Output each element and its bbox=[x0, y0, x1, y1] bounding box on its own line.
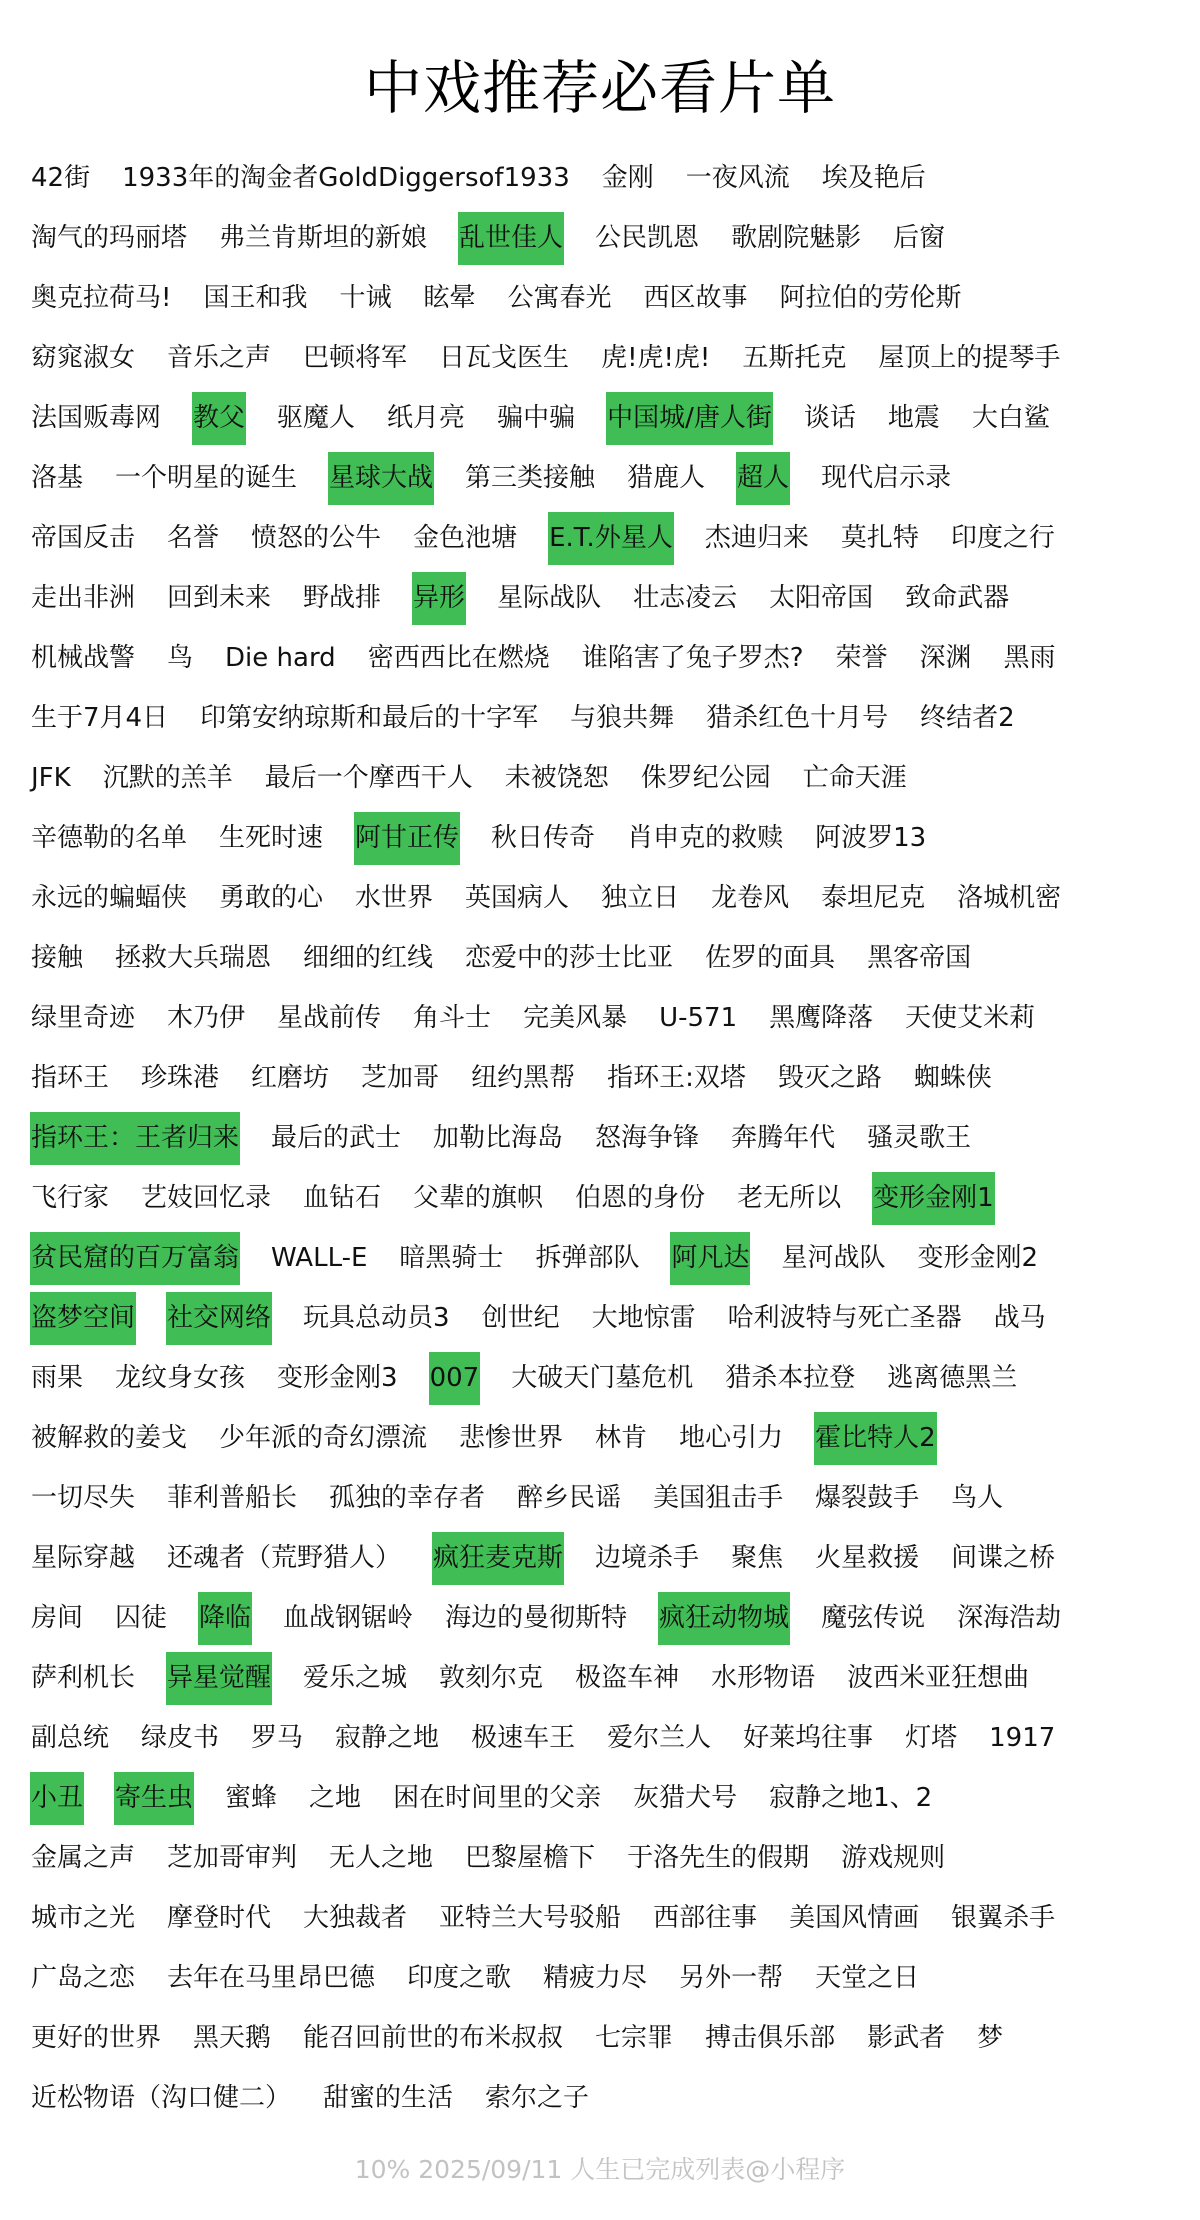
movie-row: 指环王：王者归来最后的武士加勒比海岛怒海争锋奔腾年代骚灵歌王 bbox=[30, 1108, 1190, 1168]
movie-item[interactable]: 沉默的羔羊 bbox=[102, 752, 234, 805]
movie-item[interactable]: 城市之光 bbox=[30, 1892, 136, 1945]
movie-item[interactable]: 近松物语（沟口健二） bbox=[30, 2072, 292, 2125]
movie-item[interactable]: 怒海争锋 bbox=[594, 1112, 700, 1165]
movie-item[interactable]: 1917 bbox=[988, 1712, 1056, 1765]
movie-item[interactable]: 去年在马里昂巴德 bbox=[166, 1952, 376, 2005]
movie-item[interactable]: 火星救援 bbox=[814, 1532, 920, 1585]
movie-item[interactable]: 鸟人 bbox=[950, 1472, 1004, 1525]
movie-item[interactable]: 走出非洲 bbox=[30, 572, 136, 625]
movie-item[interactable]: 爱尔兰人 bbox=[606, 1712, 712, 1765]
movie-item[interactable]: 弗兰肯斯坦的新娘 bbox=[218, 212, 428, 265]
movie-item-completed[interactable]: 降临 bbox=[198, 1592, 252, 1645]
movie-item[interactable]: 无人之地 bbox=[328, 1832, 434, 1885]
movie-item[interactable]: 广岛之恋 bbox=[30, 1952, 136, 2005]
movie-item-completed[interactable]: 寄生虫 bbox=[114, 1772, 194, 1825]
movie-row: 盗梦空间社交网络玩具总动员3创世纪大地惊雷哈利波特与死亡圣器战马 bbox=[30, 1288, 1190, 1348]
footer-watermark: 10% 2025/09/11 人生已完成列表@小程序 bbox=[0, 2150, 1200, 2190]
movie-item-completed[interactable]: 中国城/唐人街 bbox=[606, 392, 773, 445]
movie-item[interactable]: 七宗罪 bbox=[594, 2012, 674, 2065]
movie-row: 接触拯救大兵瑞恩细细的红线恋爱中的莎士比亚佐罗的面具黑客帝国 bbox=[30, 928, 1190, 988]
movie-row: JFK沉默的羔羊最后一个摩西干人未被饶恕侏罗纪公园亡命天涯 bbox=[30, 748, 1190, 808]
movie-item[interactable]: 蜘蛛侠 bbox=[913, 1052, 993, 1105]
movie-item[interactable]: 暗黑骑士 bbox=[398, 1232, 504, 1285]
movie-item[interactable]: 伯恩的身份 bbox=[574, 1172, 706, 1225]
movie-item[interactable]: 巴顿将军 bbox=[302, 332, 408, 385]
movie-item[interactable]: 深渊 bbox=[919, 632, 973, 685]
movie-item[interactable]: 一个明星的诞生 bbox=[114, 452, 298, 505]
movie-item[interactable]: 莫扎特 bbox=[840, 512, 920, 565]
movie-row: 一切尽失菲利普船长孤独的幸存者醉乡民谣美国狙击手爆裂鼓手鸟人 bbox=[30, 1468, 1190, 1528]
movie-item[interactable]: 42街 bbox=[30, 152, 91, 205]
movie-item[interactable]: 完美风暴 bbox=[522, 992, 628, 1045]
movie-item[interactable]: 摩登时代 bbox=[166, 1892, 272, 1945]
movie-item[interactable]: 寂静之地 bbox=[334, 1712, 440, 1765]
movie-item-completed[interactable]: 社交网络 bbox=[166, 1292, 272, 1345]
movie-item-completed[interactable]: 贫民窟的百万富翁 bbox=[30, 1232, 240, 1285]
movie-item[interactable]: 1933年的淘金者GoldDiggersof1933 bbox=[121, 152, 571, 205]
movie-row: 广岛之恋去年在马里昂巴德印度之歌精疲力尽另外一帮天堂之日 bbox=[30, 1948, 1190, 2008]
movie-row: 被解救的姜戈少年派的奇幻漂流悲惨世界林肯地心引力霍比特人2 bbox=[30, 1408, 1190, 1468]
movie-row: 贫民窟的百万富翁WALL-E暗黑骑士拆弹部队阿凡达星河战队变形金刚2 bbox=[30, 1228, 1190, 1288]
movie-item[interactable]: 辛德勒的名单 bbox=[30, 812, 188, 865]
movie-item[interactable]: 佐罗的面具 bbox=[704, 932, 836, 985]
movie-item[interactable]: 公民凯恩 bbox=[594, 212, 700, 265]
movie-item[interactable]: 星际穿越 bbox=[30, 1532, 136, 1585]
movie-item[interactable]: 房间 bbox=[30, 1592, 84, 1645]
movie-item[interactable]: 壮志凌云 bbox=[632, 572, 738, 625]
movie-item-completed[interactable]: 乱世佳人 bbox=[458, 212, 564, 265]
movie-item[interactable]: 边境杀手 bbox=[594, 1532, 700, 1585]
movie-item[interactable]: 芝加哥 bbox=[360, 1052, 440, 1105]
movie-item[interactable]: 星际战队 bbox=[496, 572, 602, 625]
movie-row: 走出非洲回到未来野战排异形星际战队壮志凌云太阳帝国致命武器 bbox=[30, 568, 1190, 628]
movie-item[interactable]: 于洛先生的假期 bbox=[626, 1832, 810, 1885]
movie-row: 副总统绿皮书罗马寂静之地极速车王爱尔兰人好莱坞往事灯塔1917 bbox=[30, 1708, 1190, 1768]
movie-item[interactable]: 魔弦传说 bbox=[820, 1592, 926, 1645]
movie-row: 窈窕淑女音乐之声巴顿将军日瓦戈医生虎!虎!虎!五斯托克屋顶上的提琴手 bbox=[30, 328, 1190, 388]
movie-item[interactable]: 淘气的玛丽塔 bbox=[30, 212, 188, 265]
movie-item[interactable]: 生死时速 bbox=[218, 812, 324, 865]
movie-item[interactable]: 玩具总动员3 bbox=[302, 1292, 451, 1345]
movie-row: 法国贩毒网教父驱魔人纸月亮骗中骗中国城/唐人街谈话地震大白鲨 bbox=[30, 388, 1190, 448]
movie-item-completed[interactable]: 异形 bbox=[412, 572, 466, 625]
movie-item[interactable]: 猎杀本拉登 bbox=[724, 1352, 856, 1405]
movie-item[interactable]: 能召回前世的布米叔叔 bbox=[302, 2012, 564, 2065]
movie-item[interactable]: 大地惊雷 bbox=[591, 1292, 697, 1345]
movie-item-completed[interactable]: E.T.外星人 bbox=[548, 512, 674, 565]
movie-item[interactable]: 水形物语 bbox=[710, 1652, 816, 1705]
movie-item[interactable]: 巴黎屋檐下 bbox=[464, 1832, 596, 1885]
movie-item[interactable]: 黑鹰降落 bbox=[768, 992, 874, 1045]
movie-item[interactable]: 最后一个摩西干人 bbox=[264, 752, 474, 805]
movie-item[interactable]: 名誉 bbox=[166, 512, 220, 565]
movie-item-completed[interactable]: 异星觉醒 bbox=[166, 1652, 272, 1705]
movie-item[interactable]: 芝加哥审判 bbox=[166, 1832, 298, 1885]
movie-item[interactable]: 角斗士 bbox=[412, 992, 492, 1045]
movie-item[interactable]: 银翼杀手 bbox=[950, 1892, 1056, 1945]
movie-item[interactable]: Die hard bbox=[224, 632, 337, 685]
movie-item[interactable]: 肖申克的救赎 bbox=[626, 812, 784, 865]
movie-item[interactable]: 一切尽失 bbox=[30, 1472, 136, 1525]
movie-item-completed[interactable]: 霍比特人2 bbox=[814, 1412, 937, 1465]
movie-item[interactable]: 奔腾年代 bbox=[730, 1112, 836, 1165]
movie-item[interactable]: 龙卷风 bbox=[710, 872, 790, 925]
movie-row: 辛德勒的名单生死时速阿甘正传秋日传奇肖申克的救赎阿波罗13 bbox=[30, 808, 1190, 868]
movie-item[interactable]: 间谍之桥 bbox=[950, 1532, 1056, 1585]
movie-item[interactable]: 还魂者（荒野猎人） bbox=[166, 1532, 402, 1585]
movie-item[interactable]: 密西西比在燃烧 bbox=[367, 632, 551, 685]
movie-item[interactable]: 纸月亮 bbox=[386, 392, 466, 445]
movie-row: 奥克拉荷马!国王和我十诫眩晕公寓春光西区故事阿拉伯的劳伦斯 bbox=[30, 268, 1190, 328]
movie-row: 萨利机长异星觉醒爱乐之城敦刻尔克极盗车神水形物语波西米亚狂想曲 bbox=[30, 1648, 1190, 1708]
movie-item-completed[interactable]: 疯狂麦克斯 bbox=[432, 1532, 564, 1585]
movie-item[interactable]: 歌剧院魅影 bbox=[730, 212, 862, 265]
movie-item[interactable]: 美国风情画 bbox=[788, 1892, 920, 1945]
movie-item[interactable]: 后窗 bbox=[892, 212, 946, 265]
movie-item[interactable]: 黑雨 bbox=[1003, 632, 1057, 685]
movie-row: 金属之声芝加哥审判无人之地巴黎屋檐下于洛先生的假期游戏规则 bbox=[30, 1828, 1190, 1888]
movie-item[interactable]: 西部往事 bbox=[652, 1892, 758, 1945]
movie-item[interactable]: 困在时间里的父亲 bbox=[392, 1772, 602, 1825]
movie-item[interactable]: 海边的曼彻斯特 bbox=[444, 1592, 628, 1645]
movie-item[interactable]: 印第安纳琼斯和最后的十字军 bbox=[199, 692, 539, 745]
movie-item[interactable]: 金属之声 bbox=[30, 1832, 136, 1885]
movie-item[interactable]: 雨果 bbox=[30, 1352, 84, 1405]
movie-item[interactable]: 好莱坞往事 bbox=[742, 1712, 874, 1765]
movie-item[interactable]: 孤独的幸存者 bbox=[328, 1472, 486, 1525]
movie-item[interactable]: 木乃伊 bbox=[166, 992, 246, 1045]
movie-item[interactable]: 纽约黑帮 bbox=[470, 1052, 576, 1105]
movie-item[interactable]: 奥克拉荷马! bbox=[30, 272, 172, 325]
movie-item[interactable]: 亚特兰大号驳船 bbox=[438, 1892, 622, 1945]
movie-item[interactable]: 骚灵歌王 bbox=[866, 1112, 972, 1165]
movie-item[interactable]: 副总统 bbox=[30, 1712, 110, 1765]
movie-list: 42街1933年的淘金者GoldDiggersof1933金刚一夜风流埃及艳后淘… bbox=[30, 148, 1190, 2128]
movie-item[interactable]: 金色池塘 bbox=[412, 512, 518, 565]
movie-item[interactable]: 搏击俱乐部 bbox=[704, 2012, 836, 2065]
movie-item[interactable]: 被解救的姜戈 bbox=[30, 1412, 188, 1465]
movie-item[interactable]: 更好的世界 bbox=[30, 2012, 162, 2065]
movie-item[interactable]: 指环王 bbox=[30, 1052, 110, 1105]
movie-item[interactable]: 黑客帝国 bbox=[866, 932, 972, 985]
movie-row: 房间囚徒降临血战钢锯岭海边的曼彻斯特疯狂动物城魔弦传说深海浩劫 bbox=[30, 1588, 1190, 1648]
movie-item[interactable]: 血战钢锯岭 bbox=[282, 1592, 414, 1645]
movie-item[interactable]: 帝国反击 bbox=[30, 512, 136, 565]
movie-item[interactable]: 父辈的旗帜 bbox=[412, 1172, 544, 1225]
movie-item[interactable]: 杰迪归来 bbox=[704, 512, 810, 565]
movie-item[interactable]: 侏罗纪公园 bbox=[640, 752, 772, 805]
movie-item[interactable]: 艺妓回忆录 bbox=[140, 1172, 272, 1225]
movie-row: 生于7月4日印第安纳琼斯和最后的十字军与狼共舞猎杀红色十月号终结者2 bbox=[30, 688, 1190, 748]
movie-item-completed[interactable]: 星球大战 bbox=[328, 452, 434, 505]
movie-item[interactable]: 另外一帮 bbox=[678, 1952, 784, 2005]
movie-item[interactable]: 大独裁者 bbox=[302, 1892, 408, 1945]
movie-item[interactable]: 变形金刚3 bbox=[276, 1352, 399, 1405]
movie-item[interactable]: 星河战队 bbox=[780, 1232, 886, 1285]
movie-item[interactable]: 深海浩劫 bbox=[956, 1592, 1062, 1645]
movie-item[interactable]: 天堂之日 bbox=[814, 1952, 920, 2005]
movie-item[interactable]: 野战排 bbox=[302, 572, 382, 625]
movie-row: 永远的蝙蝠侠勇敢的心水世界英国病人独立日龙卷风泰坦尼克洛城机密 bbox=[30, 868, 1190, 928]
movie-item[interactable]: 致命武器 bbox=[904, 572, 1010, 625]
movie-item[interactable]: 极盗车神 bbox=[574, 1652, 680, 1705]
movie-item-completed[interactable]: 教父 bbox=[192, 392, 246, 445]
movie-item-completed[interactable]: 盗梦空间 bbox=[30, 1292, 136, 1345]
movie-row: 淘气的玛丽塔弗兰肯斯坦的新娘乱世佳人公民凯恩歌剧院魅影后窗 bbox=[30, 208, 1190, 268]
movie-item[interactable]: 哈利波特与死亡圣器 bbox=[727, 1292, 963, 1345]
movie-item[interactable]: 虎!虎!虎! bbox=[600, 332, 711, 385]
movie-row: 近松物语（沟口健二）甜蜜的生活索尔之子 bbox=[30, 2068, 1190, 2128]
movie-item[interactable]: 菲利普船长 bbox=[166, 1472, 298, 1525]
movie-item[interactable]: 第三类接触 bbox=[464, 452, 596, 505]
movie-item-completed[interactable]: 疯狂动物城 bbox=[658, 1592, 790, 1645]
movie-item[interactable]: 国王和我 bbox=[202, 272, 308, 325]
movie-item[interactable]: 罗马 bbox=[250, 1712, 304, 1765]
movie-item[interactable]: 蜜蜂 bbox=[224, 1772, 278, 1825]
movie-item[interactable]: 最后的武士 bbox=[270, 1112, 402, 1165]
movie-item[interactable]: 屋顶上的提琴手 bbox=[877, 332, 1061, 385]
movie-item[interactable]: 五斯托克 bbox=[741, 332, 847, 385]
movie-item[interactable]: 精疲力尽 bbox=[542, 1952, 648, 2005]
movie-item[interactable]: 愤怒的公牛 bbox=[250, 512, 382, 565]
movie-row: 城市之光摩登时代大独裁者亚特兰大号驳船西部往事美国风情画银翼杀手 bbox=[30, 1888, 1190, 1948]
movie-item[interactable]: 灯塔 bbox=[904, 1712, 958, 1765]
movie-item[interactable]: 荣誉 bbox=[835, 632, 889, 685]
movie-row: 小丑寄生虫蜜蜂之地困在时间里的父亲灰猎犬号寂静之地1、2 bbox=[30, 1768, 1190, 1828]
movie-item[interactable]: 醉乡民谣 bbox=[516, 1472, 622, 1525]
movie-item[interactable]: 地震 bbox=[887, 392, 941, 445]
movie-item[interactable]: 阿波罗13 bbox=[814, 812, 927, 865]
movie-item[interactable]: 谁陷害了兔子罗杰? bbox=[581, 632, 805, 685]
movie-item[interactable]: 拆弹部队 bbox=[534, 1232, 640, 1285]
movie-item[interactable]: 大破天门墓危机 bbox=[510, 1352, 694, 1405]
movie-item[interactable]: 与狼共舞 bbox=[569, 692, 675, 745]
movie-item[interactable]: 珍珠港 bbox=[140, 1052, 220, 1105]
movie-item[interactable]: 天使艾米莉 bbox=[904, 992, 1036, 1045]
movie-item[interactable]: 拯救大兵瑞恩 bbox=[114, 932, 272, 985]
movie-item[interactable]: 机械战警 bbox=[30, 632, 136, 685]
movie-item[interactable]: 细细的红线 bbox=[302, 932, 434, 985]
movie-item[interactable]: 谈话 bbox=[803, 392, 857, 445]
movie-item[interactable]: 绿里奇迹 bbox=[30, 992, 136, 1045]
movie-item[interactable]: 索尔之子 bbox=[484, 2072, 590, 2125]
movie-item-completed[interactable]: 小丑 bbox=[30, 1772, 84, 1825]
movie-item[interactable]: 变形金刚2 bbox=[916, 1232, 1039, 1285]
movie-item[interactable]: 加勒比海岛 bbox=[432, 1112, 564, 1165]
movie-item[interactable]: 少年派的奇幻漂流 bbox=[218, 1412, 428, 1465]
movie-item[interactable]: 埃及艳后 bbox=[821, 152, 927, 205]
movie-item[interactable]: 美国狙击手 bbox=[652, 1472, 784, 1525]
movie-item[interactable]: U-571 bbox=[658, 992, 738, 1045]
movie-item[interactable]: 星战前传 bbox=[276, 992, 382, 1045]
movie-item[interactable]: 法国贩毒网 bbox=[30, 392, 162, 445]
movie-row: 雨果龙纹身女孩变形金刚3007大破天门墓危机猎杀本拉登逃离德黑兰 bbox=[30, 1348, 1190, 1408]
movie-item[interactable]: 龙纹身女孩 bbox=[114, 1352, 246, 1405]
movie-item[interactable]: 猎鹿人 bbox=[626, 452, 706, 505]
movie-item[interactable]: 十诫 bbox=[338, 272, 392, 325]
movie-item[interactable]: 鸟 bbox=[166, 632, 194, 685]
movie-item[interactable]: 血钻石 bbox=[302, 1172, 382, 1225]
movie-item[interactable]: 未被饶恕 bbox=[504, 752, 610, 805]
movie-item[interactable]: 飞行家 bbox=[30, 1172, 110, 1225]
movie-item[interactable]: 泰坦尼克 bbox=[820, 872, 926, 925]
movie-row: 机械战警鸟Die hard密西西比在燃烧谁陷害了兔子罗杰?荣誉深渊黑雨 bbox=[30, 628, 1190, 688]
movie-item[interactable]: 毁灭之路 bbox=[777, 1052, 883, 1105]
movie-item-completed[interactable]: 指环王：王者归来 bbox=[30, 1112, 240, 1165]
movie-item[interactable]: 战马 bbox=[993, 1292, 1047, 1345]
movie-item-completed[interactable]: 变形金刚1 bbox=[872, 1172, 995, 1225]
movie-item[interactable]: 窈窕淑女 bbox=[30, 332, 136, 385]
movie-item[interactable]: 黑天鹅 bbox=[192, 2012, 272, 2065]
movie-item[interactable]: WALL-E bbox=[270, 1232, 368, 1285]
movie-item[interactable]: 现代启示录 bbox=[820, 452, 952, 505]
movie-item[interactable]: 永远的蝙蝠侠 bbox=[30, 872, 188, 925]
movie-item[interactable]: 终结者2 bbox=[919, 692, 1016, 745]
movie-item[interactable]: 驱魔人 bbox=[276, 392, 356, 445]
movie-item[interactable]: 英国病人 bbox=[464, 872, 570, 925]
movie-item[interactable]: 游戏规则 bbox=[840, 1832, 946, 1885]
movie-item[interactable]: 日瓦戈医生 bbox=[438, 332, 570, 385]
movie-item[interactable]: 洛基 bbox=[30, 452, 84, 505]
movie-item[interactable]: JFK bbox=[30, 752, 72, 805]
movie-item-completed[interactable]: 阿甘正传 bbox=[354, 812, 460, 865]
movie-item[interactable]: 地心引力 bbox=[678, 1412, 784, 1465]
movie-row: 帝国反击名誉愤怒的公牛金色池塘E.T.外星人杰迪归来莫扎特印度之行 bbox=[30, 508, 1190, 568]
movie-item[interactable]: 之地 bbox=[308, 1772, 362, 1825]
movie-item[interactable]: 独立日 bbox=[600, 872, 680, 925]
movie-item[interactable]: 一夜风流 bbox=[685, 152, 791, 205]
movie-item[interactable]: 猎杀红色十月号 bbox=[705, 692, 889, 745]
movie-item[interactable]: 囚徒 bbox=[114, 1592, 168, 1645]
movie-item[interactable]: 亡命天涯 bbox=[802, 752, 908, 805]
movie-item[interactable]: 生于7月4日 bbox=[30, 692, 169, 745]
movie-item[interactable]: 聚焦 bbox=[730, 1532, 784, 1585]
movie-item[interactable]: 勇敢的心 bbox=[218, 872, 324, 925]
movie-item[interactable]: 秋日传奇 bbox=[490, 812, 596, 865]
movie-item[interactable]: 恋爱中的莎士比亚 bbox=[464, 932, 674, 985]
movie-row: 星际穿越还魂者（荒野猎人）疯狂麦克斯边境杀手聚焦火星救援间谍之桥 bbox=[30, 1528, 1190, 1588]
movie-item[interactable]: 洛城机密 bbox=[956, 872, 1062, 925]
movie-item[interactable]: 眩晕 bbox=[422, 272, 476, 325]
movie-item[interactable]: 悲惨世界 bbox=[458, 1412, 564, 1465]
movie-item[interactable]: 水世界 bbox=[354, 872, 434, 925]
movie-item[interactable]: 爆裂鼓手 bbox=[814, 1472, 920, 1525]
movie-item[interactable]: 音乐之声 bbox=[166, 332, 272, 385]
movie-item[interactable]: 甜蜜的生活 bbox=[322, 2072, 454, 2125]
movie-item[interactable]: 西区故事 bbox=[643, 272, 749, 325]
movie-item[interactable]: 寂静之地1、2 bbox=[768, 1772, 933, 1825]
movie-item[interactable]: 接触 bbox=[30, 932, 84, 985]
movie-item[interactable]: 爱乐之城 bbox=[302, 1652, 408, 1705]
movie-row: 绿里奇迹木乃伊星战前传角斗士完美风暴U-571黑鹰降落天使艾米莉 bbox=[30, 988, 1190, 1048]
movie-item[interactable]: 影武者 bbox=[866, 2012, 946, 2065]
movie-item[interactable]: 太阳帝国 bbox=[768, 572, 874, 625]
movie-item[interactable]: 林肯 bbox=[594, 1412, 648, 1465]
movie-item[interactable]: 逃离德黑兰 bbox=[886, 1352, 1018, 1405]
movie-row: 更好的世界黑天鹅能召回前世的布米叔叔七宗罪搏击俱乐部影武者梦 bbox=[30, 2008, 1190, 2068]
movie-item-completed[interactable]: 007 bbox=[429, 1352, 481, 1405]
movie-row: 指环王珍珠港红磨坊芝加哥纽约黑帮指环王:双塔毁灭之路蜘蛛侠 bbox=[30, 1048, 1190, 1108]
movie-row: 洛基一个明星的诞生星球大战第三类接触猎鹿人超人现代启示录 bbox=[30, 448, 1190, 508]
movie-item[interactable]: 回到未来 bbox=[166, 572, 272, 625]
page-title: 中戏推荐必看片单 bbox=[0, 48, 1200, 128]
movie-item[interactable]: 指环王:双塔 bbox=[606, 1052, 747, 1105]
movie-item[interactable]: 阿拉伯的劳伦斯 bbox=[779, 272, 963, 325]
movie-item[interactable]: 老无所以 bbox=[736, 1172, 842, 1225]
movie-row: 飞行家艺妓回忆录血钻石父辈的旗帜伯恩的身份老无所以变形金刚1 bbox=[30, 1168, 1190, 1228]
movie-item[interactable]: 公寓春光 bbox=[506, 272, 612, 325]
movie-item[interactable]: 印度之行 bbox=[950, 512, 1056, 565]
movie-item[interactable]: 灰猎犬号 bbox=[632, 1772, 738, 1825]
movie-item[interactable]: 绿皮书 bbox=[140, 1712, 220, 1765]
movie-item-completed[interactable]: 阿凡达 bbox=[670, 1232, 750, 1285]
movie-item[interactable]: 梦 bbox=[976, 2012, 1004, 2065]
movie-item[interactable]: 红磨坊 bbox=[250, 1052, 330, 1105]
movie-item[interactable]: 金刚 bbox=[601, 152, 655, 205]
movie-item[interactable]: 印度之歌 bbox=[406, 1952, 512, 2005]
movie-item[interactable]: 萨利机长 bbox=[30, 1652, 136, 1705]
movie-item[interactable]: 骗中骗 bbox=[496, 392, 576, 445]
movie-item[interactable]: 创世纪 bbox=[481, 1292, 561, 1345]
movie-item-completed[interactable]: 超人 bbox=[736, 452, 790, 505]
movie-item[interactable]: 大白鲨 bbox=[971, 392, 1051, 445]
movie-item[interactable]: 极速车王 bbox=[470, 1712, 576, 1765]
movie-row: 42街1933年的淘金者GoldDiggersof1933金刚一夜风流埃及艳后 bbox=[30, 148, 1190, 208]
movie-item[interactable]: 波西米亚狂想曲 bbox=[846, 1652, 1030, 1705]
movie-item[interactable]: 敦刻尔克 bbox=[438, 1652, 544, 1705]
